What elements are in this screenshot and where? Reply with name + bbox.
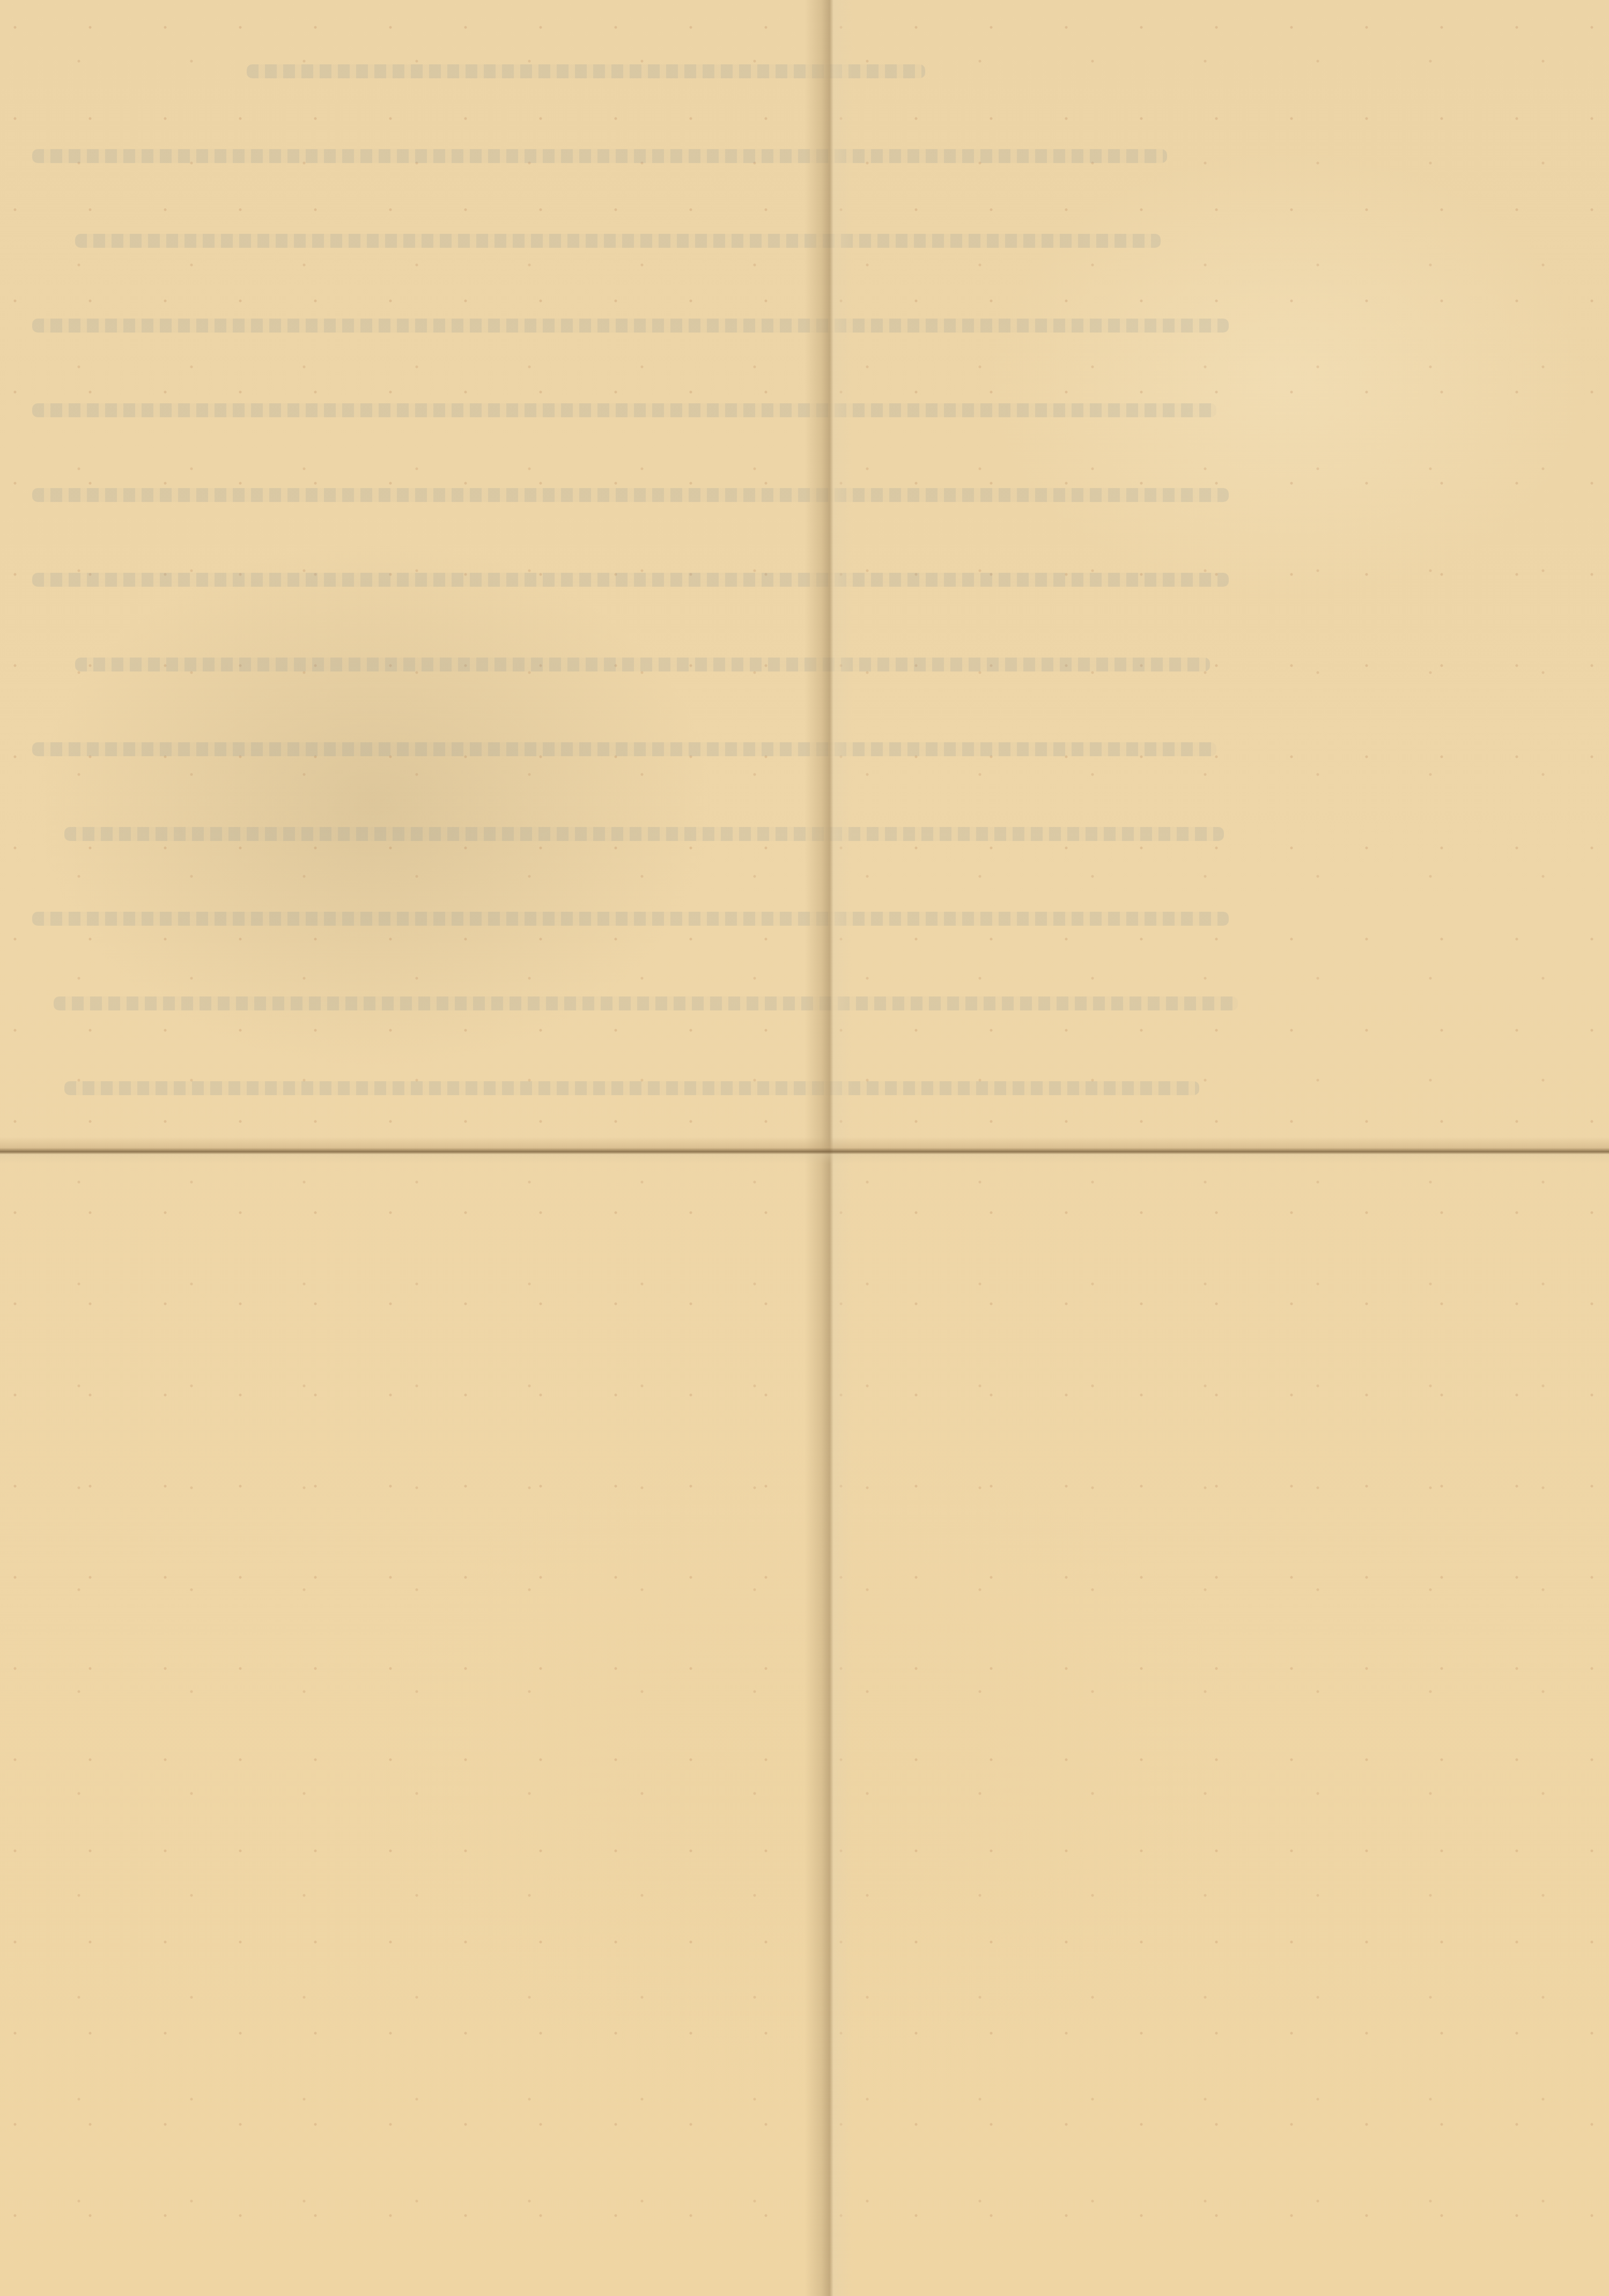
ghost-text-line — [32, 573, 1229, 587]
horizontal-fold-crease — [0, 1137, 1609, 1164]
ghost-text-line — [54, 996, 1238, 1010]
ghost-text-line — [32, 149, 1167, 163]
ghost-text-line — [32, 488, 1229, 502]
ghost-text-line — [75, 234, 1161, 248]
bleed-through-text-area — [32, 64, 1266, 1166]
ghost-text-line — [32, 403, 1216, 417]
ghost-text-line — [64, 827, 1224, 841]
ghost-text-line — [32, 912, 1229, 926]
ghost-text-line — [32, 319, 1229, 333]
ghost-text-line — [75, 658, 1210, 671]
ghost-text-line — [64, 1081, 1199, 1095]
ghost-text-line — [32, 742, 1216, 756]
